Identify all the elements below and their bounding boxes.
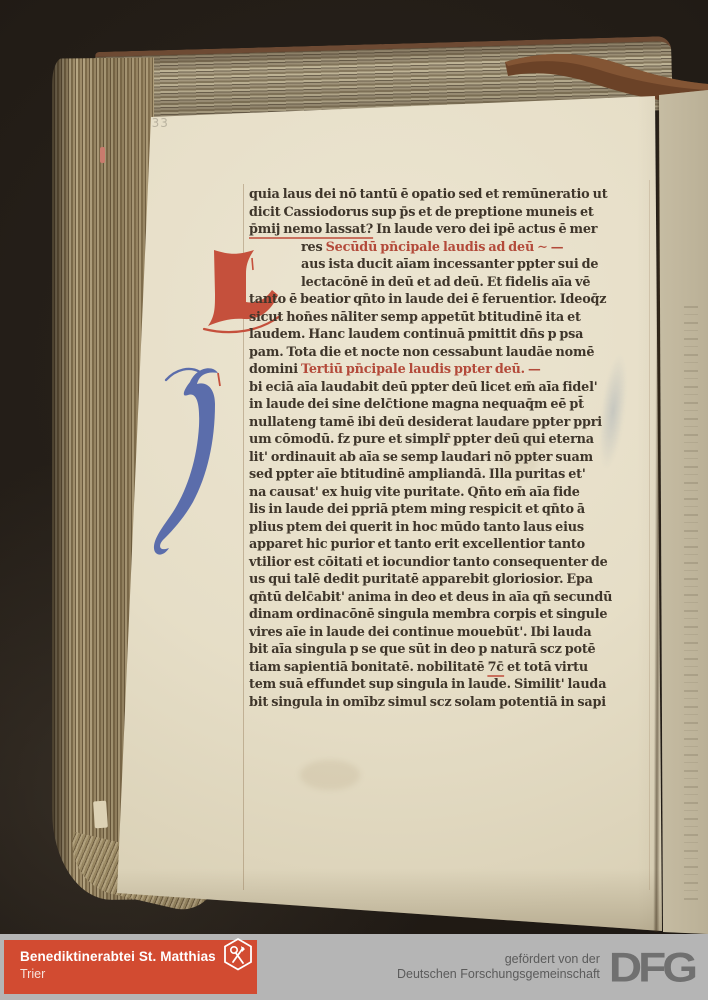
manuscript-text: lectacōnē in deū et ad deū. Et fidelis a… xyxy=(301,275,590,290)
facing-page-text-showthrough xyxy=(684,300,698,900)
manuscript-text: bi eciā aīa laudabit deū ppter deū licet… xyxy=(249,380,598,395)
manuscript-text: bit singula in omībz simul scz solam pot… xyxy=(249,695,606,710)
funding-line-1: gefördert von der xyxy=(397,952,600,967)
manuscript-line: bi eciā aīa laudabit deū ppter deū licet… xyxy=(249,379,645,397)
funding-credit-text: gefördert von der Deutschen Forschungsge… xyxy=(397,952,600,982)
manuscript-text: lit' ordinauit ab aīa se semp laudari nō… xyxy=(249,450,593,465)
manuscript-text: res xyxy=(301,240,323,255)
illuminated-initial-I xyxy=(152,364,230,564)
manuscript-text: In laude vero dei ipē actus ē mer xyxy=(373,222,597,237)
manuscript-text: dinam ordinacōnē singula membra corpis e… xyxy=(249,607,607,622)
manuscript-text: p̄mij nemo lassat? xyxy=(249,222,373,239)
manuscript-text: vires aīe in laude dei continue mouebūt'… xyxy=(249,625,591,640)
manuscript-line: lis in laude dei ppriā ptem ming respici… xyxy=(249,501,645,519)
manuscript-text: um cōmodū. fz pure et simplr̄ ppter deū … xyxy=(249,432,594,447)
manuscript-text-block: quia laus dei nō tantū ē opatio sed et r… xyxy=(249,186,651,711)
manuscript-text: plius ptem dei querit in hoc mūdo tanto … xyxy=(249,520,584,535)
manuscript-photo: 233 quia laus dei nō tantū ē opatio sed … xyxy=(0,0,708,934)
manuscript-text: apparet hic purior et tanto erit excelle… xyxy=(249,537,585,552)
manuscript-line: in laude dei sine delc̄tione magna nequa… xyxy=(249,396,645,414)
manuscript-line: p̄mij nemo lassat? In laude vero dei ipē… xyxy=(249,221,645,239)
manuscript-line: plius ptem dei querit in hoc mūdo tanto … xyxy=(249,519,645,537)
manuscript-line: um cōmodū. fz pure et simplr̄ ppter deū … xyxy=(249,431,645,449)
manuscript-text: nullateng tamē ibi deū desiderat laudare… xyxy=(249,415,602,430)
manuscript-line: bit singula in omībz simul scz solam pot… xyxy=(249,694,645,712)
manuscript-line: domini Tertiū pn̄cipale laudis ppter deū… xyxy=(249,361,645,379)
manuscript-text: quia laus dei nō tantū ē opatio sed et r… xyxy=(249,187,607,202)
manuscript-line: sed ppter aīe btitudinē ampliandā. Illa … xyxy=(249,466,645,484)
manuscript-text: vtilior est cōitati et iocundior tanto c… xyxy=(249,555,608,570)
rubric-text: Tertiū pn̄cipale laudis ppter deū. — xyxy=(298,362,541,377)
manuscript-line: bit aīa singula p se que sūt in deo p na… xyxy=(249,641,645,659)
manuscript-text: na causat' ex huig vite puritate. Qn̄to … xyxy=(249,485,580,500)
manuscript-line: pam. Tota die et nocte non cessabunt lau… xyxy=(249,344,645,362)
manuscript-text: et totā virtu xyxy=(504,660,588,675)
manuscript-line: vires aīe in laude dei continue mouebūt'… xyxy=(249,624,645,642)
manuscript-line: aus ista ducit aīam incessanter ppter su… xyxy=(301,256,646,274)
manuscript-line: laudem. Hanc laudem continuā pmittit dn̄… xyxy=(249,326,645,344)
pale-edge-tab xyxy=(93,801,108,829)
manuscript-line: vtilior est cōitati et iocundior tanto c… xyxy=(249,554,645,572)
manuscript-line: lectacōnē in deū et ad deū. Et fidelis a… xyxy=(301,274,646,292)
manuscript-text: in laude dei sine delc̄tione magna nequa… xyxy=(249,397,584,412)
library-credit-banner: Benediktinerabtei St. Matthias Trier xyxy=(4,940,257,994)
manuscript-line: dinam ordinacōnē singula membra corpis e… xyxy=(249,606,645,624)
manuscript-text: tem suā effundet sup singula in laude. S… xyxy=(249,677,606,692)
manuscript-line: tanto ē beatior qn̄to in laude dei ē fer… xyxy=(249,291,645,309)
manuscript-line: lit' ordinauit ab aīa se semp laudari nō… xyxy=(249,449,645,467)
manuscript-line: apparet hic purior et tanto erit excelle… xyxy=(249,536,645,554)
manuscript-text: laudem. Hanc laudem continuā pmittit dn̄… xyxy=(249,327,583,342)
funding-credit: gefördert von der Deutschen Forschungsge… xyxy=(397,942,698,992)
red-edge-mark xyxy=(100,147,105,163)
viewer-footer: Benediktinerabtei St. Matthias Trier gef… xyxy=(0,934,708,1000)
manuscript-line: sicut hon̄es nāliter semp appetūt btitud… xyxy=(249,309,645,327)
manuscript-line: tem suā effundet sup singula in laude. S… xyxy=(249,676,645,694)
rubric-text: Secūdū pn̄cipale laudis ad deū ∼ — xyxy=(323,240,564,255)
abbey-emblem-icon xyxy=(221,936,255,974)
manuscript-text: tanto ē beatior qn̄to in laude dei ē fer… xyxy=(249,292,606,307)
manuscript-text: 7c̄ xyxy=(488,660,504,677)
manuscript-text: pam. Tota die et nocte non cessabunt lau… xyxy=(249,345,594,360)
manuscript-text: aus ista ducit aīam incessanter ppter su… xyxy=(301,257,598,272)
manuscript-text: tiam sapientiā bonitatē. nobilitatē xyxy=(249,660,488,675)
manuscript-line: quia laus dei nō tantū ē opatio sed et r… xyxy=(249,186,645,204)
manuscript-line: qn̄tū delc̄abit' anima in deo et deus in… xyxy=(249,589,645,607)
manuscript-line: res Secūdū pn̄cipale laudis ad deū ∼ — xyxy=(301,239,646,257)
manuscript-text: domini xyxy=(249,362,298,377)
manuscript-line: nullateng tamē ibi deū desiderat laudare… xyxy=(249,414,645,432)
manuscript-line: dicit Cassiodorus sup p̄s et de preption… xyxy=(249,204,645,222)
manuscript-line: tiam sapientiā bonitatē. nobilitatē 7c̄ … xyxy=(249,659,645,677)
parchment-stain xyxy=(300,760,360,790)
manuscript-text: qn̄tū delc̄abit' anima in deo et deus in… xyxy=(249,590,612,605)
manuscript-line: na causat' ex huig vite puritate. Qn̄to … xyxy=(249,484,645,502)
manuscript-text: sed ppter aīe btitudinē ampliandā. Illa … xyxy=(249,467,586,482)
dfg-logo: DFG xyxy=(609,946,698,987)
manuscript-text: lis in laude dei ppriā ptem ming respici… xyxy=(249,502,585,517)
manuscript-text: dicit Cassiodorus sup p̄s et de preption… xyxy=(249,205,594,220)
funding-line-2: Deutschen Forschungsgemeinschaft xyxy=(397,967,600,982)
manuscript-text: us qui talē dedit puritatē apparebit glo… xyxy=(249,572,593,587)
manuscript-text: sicut hon̄es nāliter semp appetūt btitud… xyxy=(249,310,581,325)
manuscript-line: us qui talē dedit puritatē apparebit glo… xyxy=(249,571,645,589)
manuscript-text: bit aīa singula p se que sūt in deo p na… xyxy=(249,642,596,657)
